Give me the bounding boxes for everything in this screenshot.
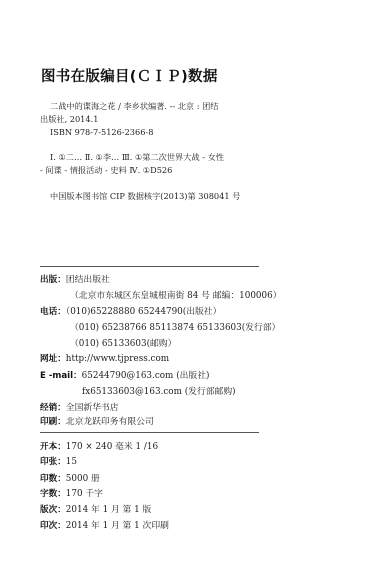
publisher-address: （北京市东城区东皇城根南街 84 号 邮编：100006）	[70, 288, 282, 301]
website-label: 网址：	[40, 354, 66, 364]
print-run-value: 5000 册	[66, 474, 100, 484]
impression-label: 印次：	[40, 521, 66, 531]
cip-subject-1: Ⅰ. ①二… Ⅱ. ①李… Ⅲ. ①第二次世界大战 - 女性	[50, 152, 224, 163]
sheets-label: 印张：	[40, 457, 66, 467]
print-run-row: 印数：5000 册	[40, 471, 100, 484]
publisher-row: 出版：团结出版社	[40, 272, 110, 285]
email-label: E -mail：	[40, 371, 82, 381]
edition-label: 版次：	[40, 505, 66, 515]
distributor-value: 全国新华书店	[66, 403, 119, 413]
impression-row: 印次：2014 年 1 月 第 1 次印刷	[40, 518, 169, 531]
cip-line-2: 出版社, 2014.1	[40, 114, 98, 125]
format-row: 开本：170 × 240 毫米 1 /16	[40, 439, 158, 452]
word-count-row: 字数：170 千字	[40, 486, 103, 499]
word-count-label: 字数：	[40, 489, 66, 499]
cip-isbn: ISBN 978-7-5126-2366-8	[50, 127, 153, 137]
format-label: 开本：	[40, 442, 66, 452]
publisher-name: 团结出版社	[66, 275, 110, 285]
phone-label: 电话：	[40, 307, 66, 317]
edition-value: 2014 年 1 月 第 1 版	[66, 505, 152, 515]
sheets-value: 15	[66, 457, 77, 467]
phone-line-1: （010)65228880 65244790(出版社）	[66, 307, 222, 317]
email-line-1[interactable]: 65244790@163.com (出版社)	[82, 371, 210, 381]
word-count-value: 170 千字	[66, 489, 103, 499]
cip-subject-2: - 间谍 - 情报活动 - 史料 Ⅳ. ①D526	[40, 165, 172, 176]
format-value: 170 × 240 毫米 1 /16	[66, 442, 158, 452]
divider	[40, 432, 259, 433]
distributor-label: 经销：	[40, 403, 66, 413]
divider	[40, 266, 259, 267]
print-run-label: 印数：	[40, 474, 66, 484]
email-line-2[interactable]: fx65133603@163.com (发行部邮购)	[82, 384, 236, 397]
distributor-row: 经销：全国新华书店	[40, 400, 119, 413]
email-row: E -mail：65244790@163.com (出版社)	[40, 368, 209, 381]
phone-line-2: （010) 65238766 85113874 65133603(发行部）	[70, 320, 280, 333]
cip-title: 图书在版编目(ＣＩＰ)数据	[41, 65, 218, 86]
edition-row: 版次：2014 年 1 月 第 1 版	[40, 502, 151, 515]
cip-line-1: 二战中的谍海之花 / 李乡状编著. -- 北京 : 团结	[50, 101, 218, 112]
publisher-label: 出版：	[40, 275, 66, 285]
impression-value: 2014 年 1 月 第 1 次印刷	[66, 521, 169, 531]
sheets-row: 印张：15	[40, 455, 77, 467]
cip-record-number: 中国版本图书馆 CIP 数据核字(2013)第 308041 号	[50, 191, 240, 202]
website-row: 网址：http://www.tjpress.com	[40, 352, 169, 364]
printer-row: 印刷：北京龙跃印务有限公司	[40, 414, 154, 427]
printer-label: 印刷：	[40, 417, 66, 427]
printer-value: 北京龙跃印务有限公司	[66, 417, 154, 427]
website-link[interactable]: http://www.tjpress.com	[66, 354, 169, 364]
phone-row: 电话：（010)65228880 65244790(出版社）	[40, 304, 221, 317]
phone-line-3: （010) 65133603(邮购）	[70, 336, 176, 349]
